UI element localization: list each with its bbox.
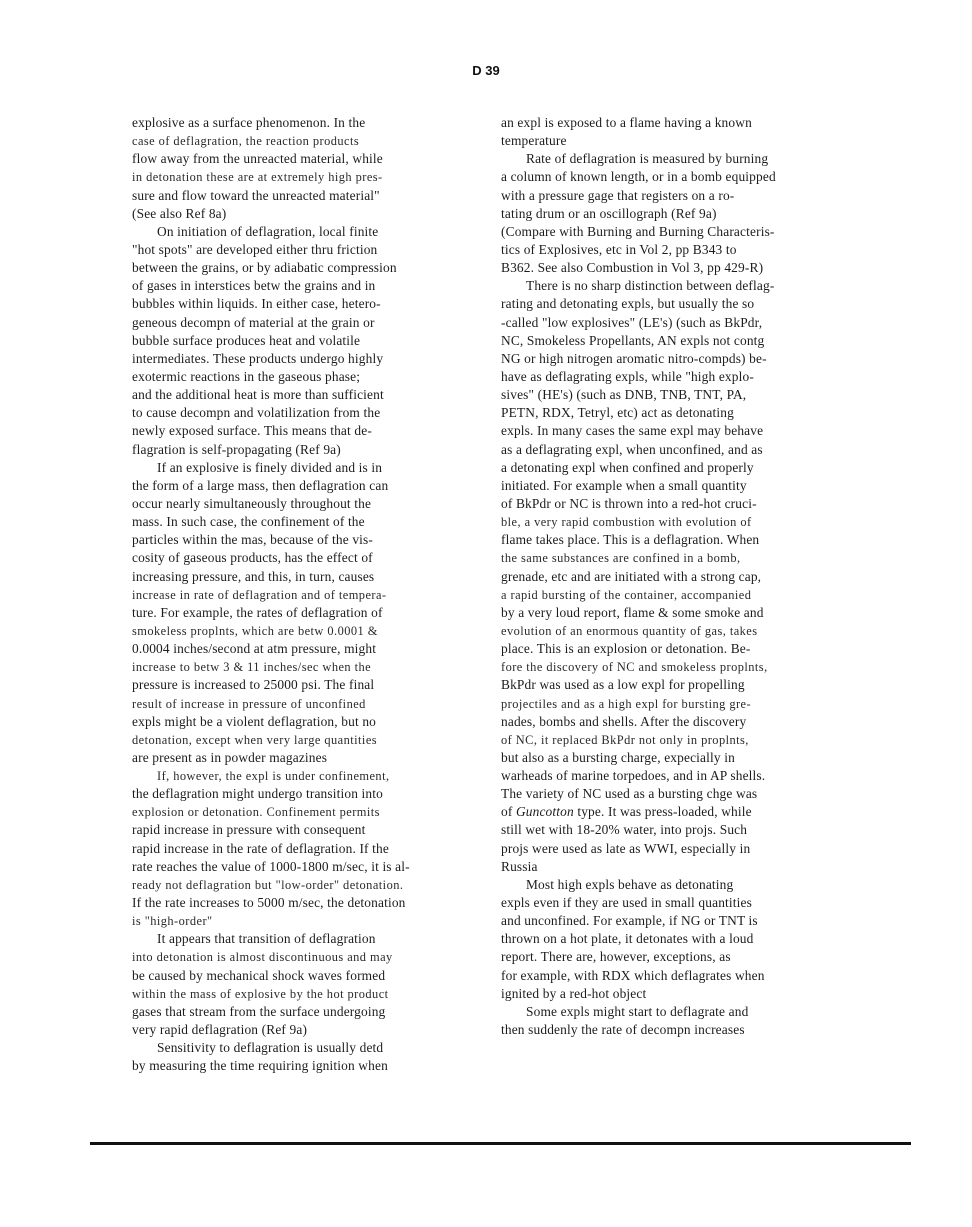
text-line: grenade, etc and are initiated with a st… [501,568,841,586]
text-line: detonation, except when very large quant… [132,731,472,749]
text-line: ignited by a red-hot object [501,985,841,1003]
text-line: expls. In many cases the same expl may b… [501,422,841,440]
text-line: a column of known length, or in a bomb e… [501,168,841,186]
text-line: still wet with 18-20% water, into projs.… [501,821,841,839]
text-line: tics of Explosives, etc in Vol 2, pp B34… [501,241,841,259]
text-line: mass. In such case, the confinement of t… [132,513,472,531]
text-line: then suddenly the rate of decompn increa… [501,1021,841,1039]
text-line: It appears that transition of deflagrati… [132,930,472,948]
text-line: a detonating expl when confined and prop… [501,459,841,477]
text-line: have as deflagrating expls, while "high … [501,368,841,386]
text-line: sives" (HE's) (such as DNB, TNB, TNT, PA… [501,386,841,404]
text-line: of Guncotton type. It was press-loaded, … [501,803,841,821]
text-line: report. There are, however, exceptions, … [501,948,841,966]
text-line: bubbles within liquids. In either case, … [132,295,472,313]
text-line: flow away from the unreacted material, w… [132,150,472,168]
text-line: by measuring the time requiring ignition… [132,1057,472,1075]
text-line: thrown on a hot plate, it detonates with… [501,930,841,948]
text-line: and the additional heat is more than suf… [132,386,472,404]
text-line: rating and detonating expls, but usually… [501,295,841,313]
text-line: nades, bombs and shells. After the disco… [501,713,841,731]
text-line: flame takes place. This is a deflagratio… [501,531,841,549]
text-line: fore the discovery of NC and smokeless p… [501,658,841,676]
text-line: expls even if they are used in small qua… [501,894,841,912]
text-line: Most high expls behave as detonating [501,876,841,894]
text-line: place. This is an explosion or detonatio… [501,640,841,658]
text-line: increase to betw 3 & 11 inches/sec when … [132,658,472,676]
text-line: exotermic reactions in the gaseous phase… [132,368,472,386]
text-line: ready not deflagration but "low-order" d… [132,876,472,894]
text-line: sure and flow toward the unreacted mater… [132,187,472,205]
text-line: warheads of marine torpedoes, and in AP … [501,767,841,785]
text-line: of NC, it replaced BkPdr not only in pro… [501,731,841,749]
text-line: smokeless proplnts, which are betw 0.000… [132,622,472,640]
text-line: into detonation is almost discontinuous … [132,948,472,966]
text-line: rapid increase in the rate of deflagrati… [132,840,472,858]
text-line: projs were used as late as WWI, especial… [501,840,841,858]
text-line: particles within the mas, because of the… [132,531,472,549]
text-line: very rapid deflagration (Ref 9a) [132,1021,472,1039]
text-line: NC, Smokeless Propellants, AN expls not … [501,332,841,350]
text-line: NG or high nitrogen aromatic nitro-compd… [501,350,841,368]
text-line: ture. For example, the rates of deflagra… [132,604,472,622]
text-line: expls might be a violent deflagration, b… [132,713,472,731]
text-line: 0.0004 inches/second at atm pressure, mi… [132,640,472,658]
text-line: If the rate increases to 5000 m/sec, the… [132,894,472,912]
text-line: Some expls might start to deflagrate and [501,1003,841,1021]
text-line: (See also Ref 8a) [132,205,472,223]
text-line: as a deflagrating expl, when unconfined,… [501,441,841,459]
text-line: There is no sharp distinction between de… [501,277,841,295]
text-line: explosion or detonation. Confinement per… [132,803,472,821]
text-line: be caused by mechanical shock waves form… [132,967,472,985]
text-line: are present as in powder magazines [132,749,472,767]
text-line: with a pressure gage that registers on a… [501,187,841,205]
text-line: (Compare with Burning and Burning Charac… [501,223,841,241]
text-line: between the grains, or by adiabatic comp… [132,259,472,277]
page-number-header: D 39 [0,63,972,78]
text-line: an expl is exposed to a flame having a k… [501,114,841,132]
text-line: evolution of an enormous quantity of gas… [501,622,841,640]
text-line: explosive as a surface phenomenon. In th… [132,114,472,132]
text-line: initiated. For example when a small quan… [501,477,841,495]
text-line: a rapid bursting of the container, accom… [501,586,841,604]
text-line: of gases in interstices betw the grains … [132,277,472,295]
text-line: Russia [501,858,841,876]
text-line: result of increase in pressure of unconf… [132,695,472,713]
text-line: B362. See also Combustion in Vol 3, pp 4… [501,259,841,277]
text-line: newly exposed surface. This means that d… [132,422,472,440]
left-text-column: explosive as a surface phenomenon. In th… [132,114,472,1075]
text-line: within the mass of explosive by the hot … [132,985,472,1003]
text-line: by a very loud report, flame & some smok… [501,604,841,622]
text-line: occur nearly simultaneously throughout t… [132,495,472,513]
text-line: On initiation of deflagration, local fin… [132,223,472,241]
italic-term: Guncotton [516,804,574,819]
text-line: is "high-order" [132,912,472,930]
text-line: Sensitivity to deflagration is usually d… [132,1039,472,1057]
text-line: the deflagration might undergo transitio… [132,785,472,803]
text-line: "hot spots" are developed either thru fr… [132,241,472,259]
text-line: temperature [501,132,841,150]
text-line: increase in rate of deflagration and of … [132,586,472,604]
text-line: The variety of NC used as a bursting chg… [501,785,841,803]
text-line: -called "low explosives" (LE's) (such as… [501,314,841,332]
text-line: geneous decompn of material at the grain… [132,314,472,332]
text-line: BkPdr was used as a low expl for propell… [501,676,841,694]
text-line: increasing pressure, and this, in turn, … [132,568,472,586]
text-line: to cause decompn and volatilization from… [132,404,472,422]
text-line: projectiles and as a high expl for burst… [501,695,841,713]
text-line: and unconfined. For example, if NG or TN… [501,912,841,930]
text-line: cosity of gaseous products, has the effe… [132,549,472,567]
bottom-rule-divider [90,1142,911,1145]
text-line: case of deflagration, the reaction produ… [132,132,472,150]
text-line: the same substances are confined in a bo… [501,549,841,567]
text-line: of BkPdr or NC is thrown into a red-hot … [501,495,841,513]
text-line: ble, a very rapid combustion with evolut… [501,513,841,531]
right-text-column: an expl is exposed to a flame having a k… [501,114,841,1039]
text-line: If, however, the expl is under confineme… [132,767,472,785]
text-line: rate reaches the value of 1000-1800 m/se… [132,858,472,876]
text-line: PETN, RDX, Tetryl, etc) act as detonatin… [501,404,841,422]
text-line: but also as a bursting charge, expeciall… [501,749,841,767]
text-line: intermediates. These products undergo hi… [132,350,472,368]
text-line: pressure is increased to 25000 psi. The … [132,676,472,694]
text-line: for example, with RDX which deflagrates … [501,967,841,985]
text-line: tating drum or an oscillograph (Ref 9a) [501,205,841,223]
text-line: rapid increase in pressure with conseque… [132,821,472,839]
text-line: flagration is self-propagating (Ref 9a) [132,441,472,459]
text-line: If an explosive is finely divided and is… [132,459,472,477]
text-line: Rate of deflagration is measured by burn… [501,150,841,168]
text-line: the form of a large mass, then deflagrat… [132,477,472,495]
text-line: in detonation these are at extremely hig… [132,168,472,186]
text-line: bubble surface produces heat and volatil… [132,332,472,350]
text-line: gases that stream from the surface under… [132,1003,472,1021]
